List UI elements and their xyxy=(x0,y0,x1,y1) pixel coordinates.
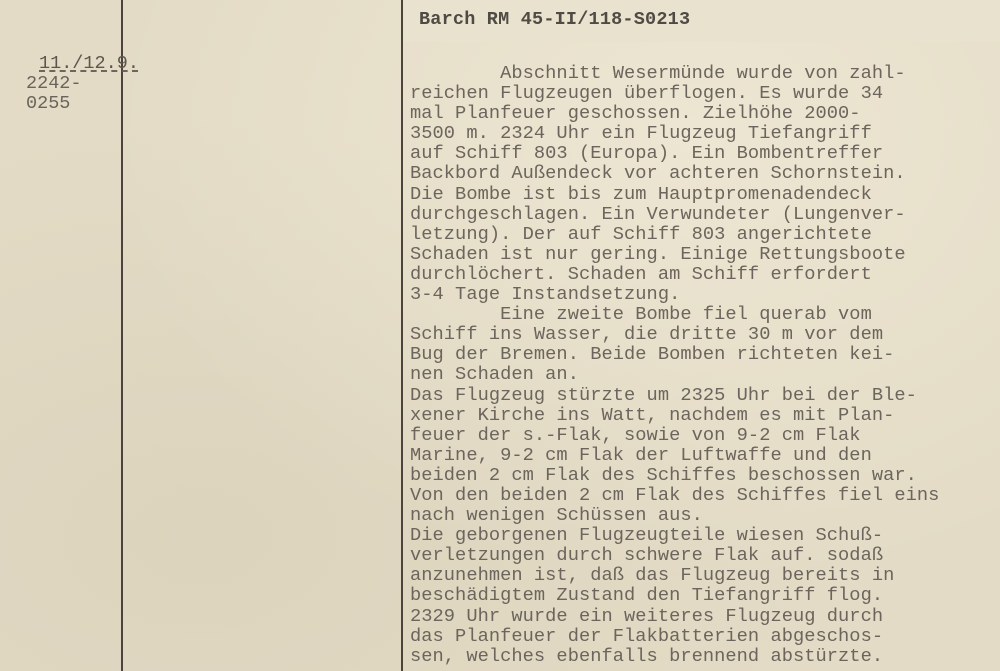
body-line: Bug der Bremen. Beide Bomben richteten k… xyxy=(410,344,939,364)
body-line: Backbord Außendeck vor achteren Schornst… xyxy=(410,163,939,183)
margin-date: 11./12.9. xyxy=(39,54,139,74)
body-line: Marine, 9-2 cm Flak der Luftwaffe und de… xyxy=(410,445,939,465)
body-line: xener Kirche ins Watt, nachdem es mit Pl… xyxy=(410,405,939,425)
body-line: sen, welches ebenfalls brennend abstürzt… xyxy=(410,646,939,666)
body-line: Das Flugzeug stürzte um 2325 Uhr bei der… xyxy=(410,385,939,405)
body-line: reichen Flugzeugen überflogen. Es wurde … xyxy=(410,83,939,103)
body-line: durchgeschlagen. Ein Verwundeter (Lungen… xyxy=(410,204,939,224)
body-line: Schiff ins Wasser, die dritte 30 m vor d… xyxy=(410,324,939,344)
body-line: 3500 m. 2324 Uhr ein Flugzeug Tiefangrif… xyxy=(410,123,939,143)
body-line: Abschnitt Wesermünde wurde von zahl- xyxy=(410,63,939,83)
body-line: Eine zweite Bombe fiel querab vom xyxy=(410,304,939,324)
body-line: nach wenigen Schüssen aus. xyxy=(410,505,939,525)
column-rule-right xyxy=(401,0,403,671)
body-line: Die geborgenen Flugzeugteile wiesen Schu… xyxy=(410,525,939,545)
body-line: 3-4 Tage Instandsetzung. xyxy=(410,284,939,304)
body-line: Schaden ist nur gering. Einige Rettungsb… xyxy=(410,244,939,264)
body-line: beschädigtem Zustand den Tiefangriff flo… xyxy=(410,585,939,605)
body-line: das Planfeuer der Flakbatterien abgescho… xyxy=(410,626,939,646)
margin-time-start: 2242- xyxy=(26,74,139,94)
body-line: nen Schaden an. xyxy=(410,364,939,384)
archive-reference: Barch RM 45-II/118-S0213 xyxy=(419,9,690,30)
body-line: mal Planfeuer geschossen. Zielhöhe 2000- xyxy=(410,103,939,123)
body-line: 2329 Uhr wurde ein weiteres Flugzeug dur… xyxy=(410,606,939,626)
body-line: beiden 2 cm Flak des Schiffes beschossen… xyxy=(410,465,939,485)
margin-time-end: 0255 xyxy=(26,94,139,114)
report-body: Abschnitt Wesermünde wurde von zahl-reic… xyxy=(410,63,939,666)
body-line: feuer der s.-Flak, sowie von 9-2 cm Flak xyxy=(410,425,939,445)
body-line: letzung). Der auf Schiff 803 angerichtet… xyxy=(410,224,939,244)
body-line: durchlöchert. Schaden am Schiff erforder… xyxy=(410,264,939,284)
margin-column: 11./12.9. 2242- 0255 xyxy=(26,54,139,114)
body-line: verletzungen durch schwere Flak auf. sod… xyxy=(410,545,939,565)
body-line: Die Bombe ist bis zum Hauptpromenadendec… xyxy=(410,184,939,204)
body-line: Von den beiden 2 cm Flak des Schiffes fi… xyxy=(410,485,939,505)
body-line: anzunehmen ist, daß das Flugzeug bereits… xyxy=(410,565,939,585)
body-line: auf Schiff 803 (Europa). Ein Bombentreff… xyxy=(410,143,939,163)
